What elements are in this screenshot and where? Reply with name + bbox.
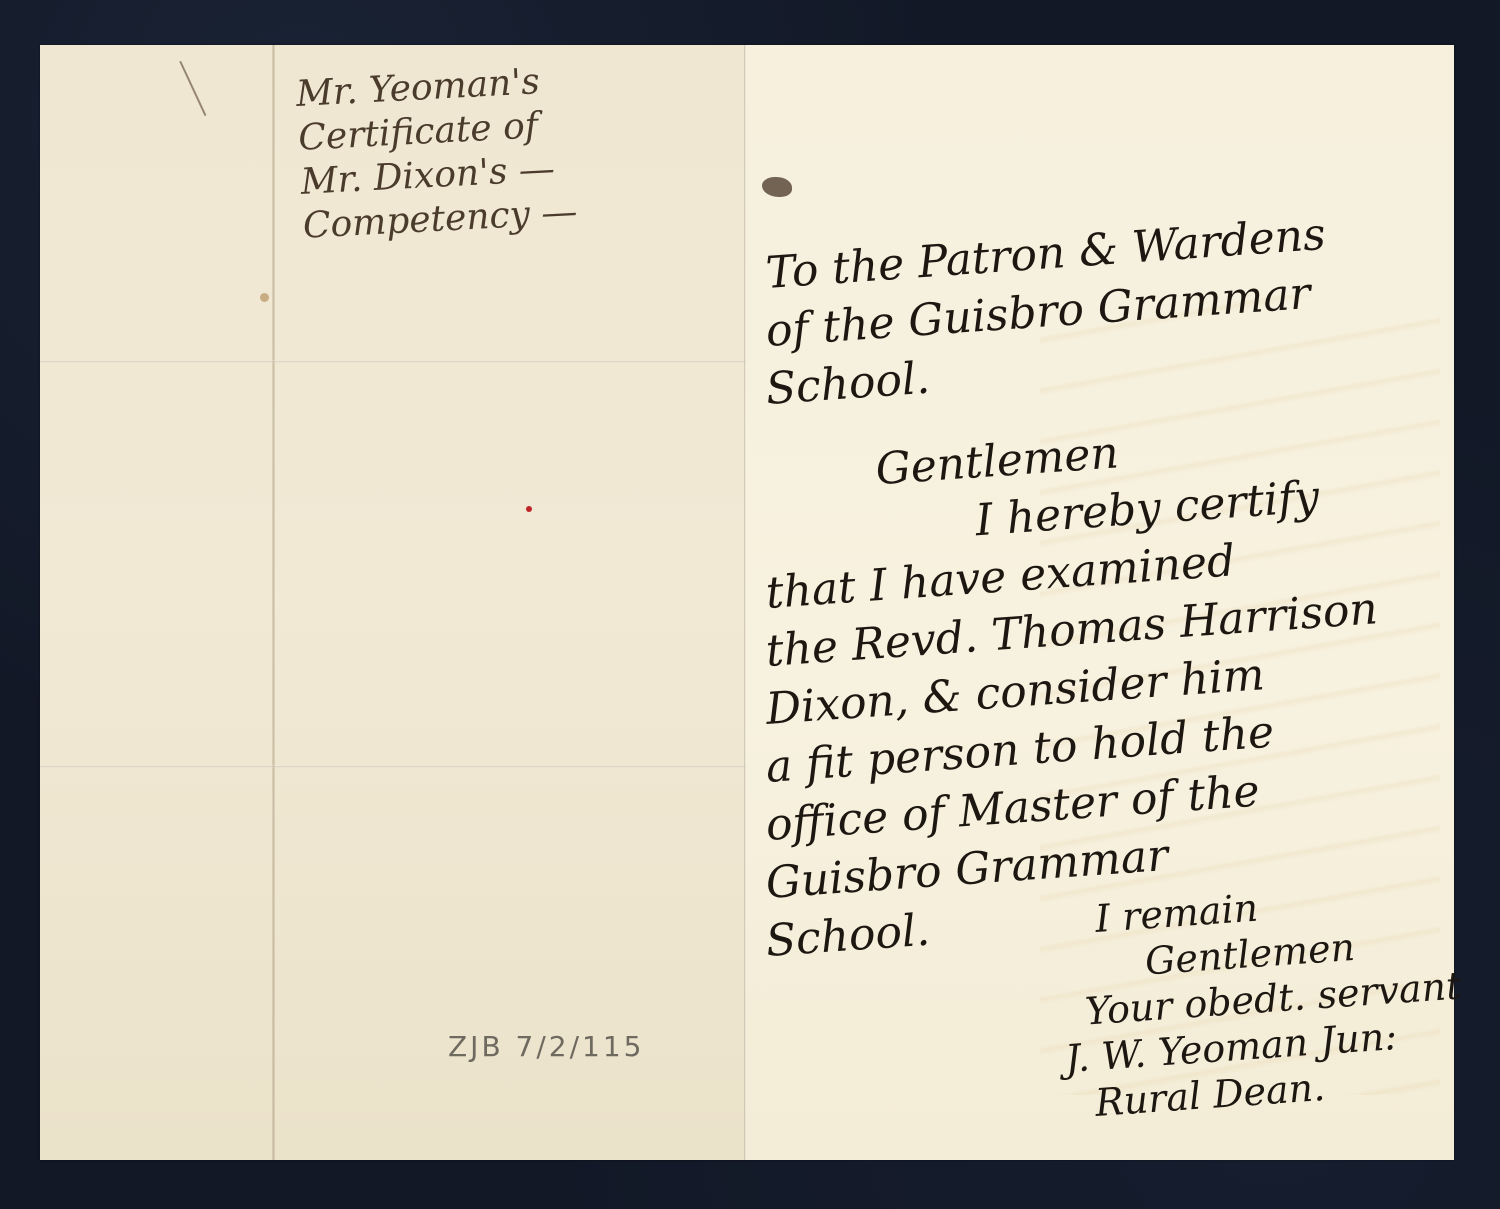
paper-crack	[179, 44, 242, 116]
docket-annotation: Mr. Yeoman's Certificate of Mr. Dixon's …	[295, 51, 724, 249]
fold-line-vertical	[272, 45, 275, 1160]
fold-line-horizontal	[40, 765, 746, 768]
letter-text: To the Patron & Wardens of the Guisbro G…	[766, 245, 1446, 1149]
address-block: To the Patron & Wardens of the Guisbro G…	[766, 245, 1446, 419]
fold-line-horizontal	[40, 360, 746, 363]
left-panel: Mr. Yeoman's Certificate of Mr. Dixon's …	[40, 45, 746, 1160]
letter-sheet: Mr. Yeoman's Certificate of Mr. Dixon's …	[40, 45, 1454, 1160]
archive-reference: ZJB 7/2/115	[448, 1030, 645, 1063]
red-mark	[526, 506, 532, 512]
foxing-spot	[260, 293, 269, 302]
closing-block: I remain Gentlemen Your obedt. servant J…	[766, 919, 1446, 1149]
